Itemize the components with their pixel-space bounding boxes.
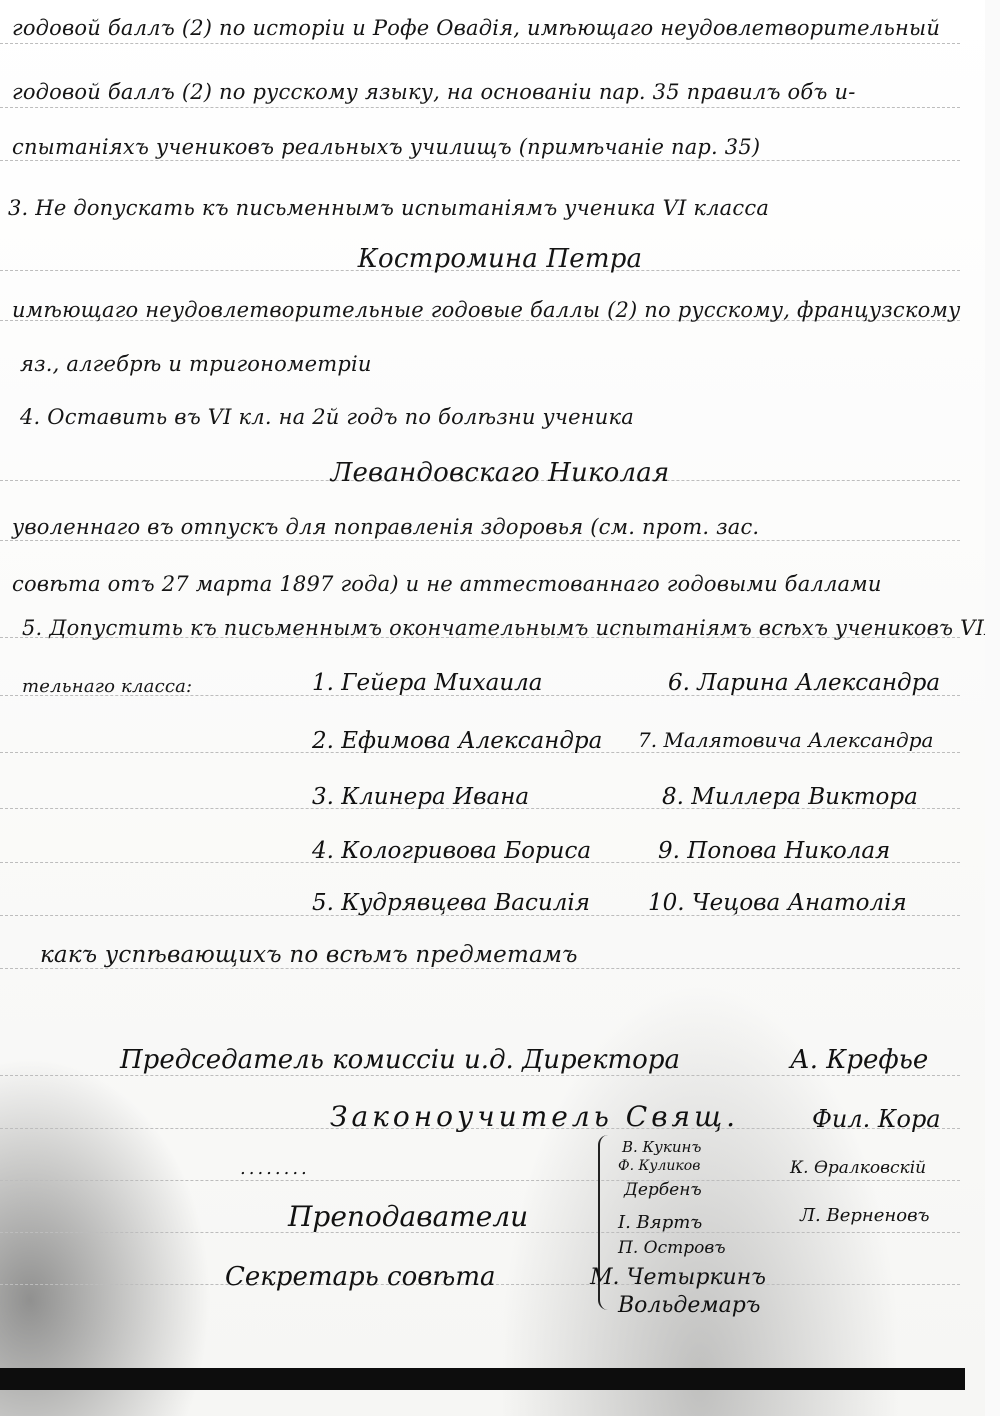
item-4-student-name: Левандовскаго Николая — [0, 458, 1000, 488]
student-entry: 10. Чецова Анатолія — [648, 890, 907, 916]
ruled-line — [0, 968, 960, 969]
scan-shadow-bar — [0, 1368, 965, 1390]
scanned-page: годовой баллъ (2) по исторіи и Рофе Овад… — [0, 0, 1000, 1416]
scribble-mark: ........ — [240, 1158, 310, 1179]
text-line: годовой баллъ (2) по русскому языку, на … — [12, 80, 856, 104]
teachers-label: Преподаватели — [288, 1200, 528, 1233]
student-entry: 4. Кологривова Бориса — [312, 838, 591, 864]
law-teacher-signature: Фил. Кора — [812, 1105, 941, 1133]
text-line: совѣта отъ 27 марта 1897 года) и не атте… — [12, 572, 882, 596]
item-3-student-name: Костромина Петра — [0, 244, 1000, 274]
text-line: спытаніяхъ учениковъ реальныхъ училищъ (… — [12, 135, 760, 159]
ruled-line — [0, 540, 960, 541]
closing-line: какъ успѣвающихъ по всѣмъ предметамъ — [40, 942, 578, 968]
teacher-signature: П. Островъ — [618, 1238, 726, 1258]
class-label: тельнаго класса: — [22, 676, 192, 697]
teacher-signature: Дербенъ — [624, 1180, 702, 1200]
text-line: уволеннаго въ отпускъ для поправленія зд… — [12, 515, 759, 539]
teacher-signature: І. Вяртъ — [618, 1212, 702, 1233]
student-entry: 1. Гейера Михаила — [312, 670, 543, 696]
student-entry: 2. Ефимова Александра — [312, 728, 602, 754]
teacher-signature: Ф. Куликов — [618, 1158, 700, 1174]
secretary-label: Секретарь совѣта — [225, 1262, 496, 1292]
student-entry: 5. Кудрявцева Василія — [312, 890, 590, 916]
chair-label: Председатель комиссіи и.д. Директора — [120, 1045, 680, 1075]
ruled-line — [0, 1180, 960, 1181]
student-entry: 6. Ларина Александра — [668, 670, 940, 696]
ruled-line — [0, 43, 960, 44]
student-entry: 3. Клинера Ивана — [312, 784, 529, 810]
student-entry: 8. Миллера Виктора — [662, 784, 918, 810]
extra-signature: Вольдемаръ — [618, 1293, 760, 1318]
text-line: имѣющаго неудовлетворительные годовые ба… — [12, 298, 960, 322]
student-entry: 9. Попова Николая — [658, 838, 890, 864]
teacher-signature: Л. Верненовъ — [800, 1205, 930, 1226]
secretary-signature: М. Четыркинъ — [590, 1265, 766, 1290]
ruled-line — [0, 107, 960, 108]
item-4-heading: 4. Оставить въ VI кл. на 2й годъ по болѣ… — [20, 405, 634, 429]
chair-signature: А. Крефье — [790, 1045, 928, 1075]
teacher-signature: В. Кукинъ — [622, 1138, 701, 1156]
item-5-heading: 5. Допустить къ письменнымъ окончательны… — [22, 616, 992, 640]
item-3-heading: 3. Не допускать къ письменнымъ испытанія… — [8, 196, 769, 220]
text-line: яз., алгебрѣ и тригонометріи — [20, 352, 372, 376]
teacher-signature: К. Ѳралковскій — [790, 1158, 926, 1178]
student-entry: 7. Малятовича Александра — [638, 728, 933, 752]
text-line: годовой баллъ (2) по исторіи и Рофе Овад… — [12, 16, 940, 40]
ruled-line — [0, 1075, 960, 1076]
ruled-line — [0, 160, 960, 161]
law-teacher-label: Законоучитель Свящ. — [330, 1100, 739, 1133]
scan-edge — [985, 0, 1000, 1416]
